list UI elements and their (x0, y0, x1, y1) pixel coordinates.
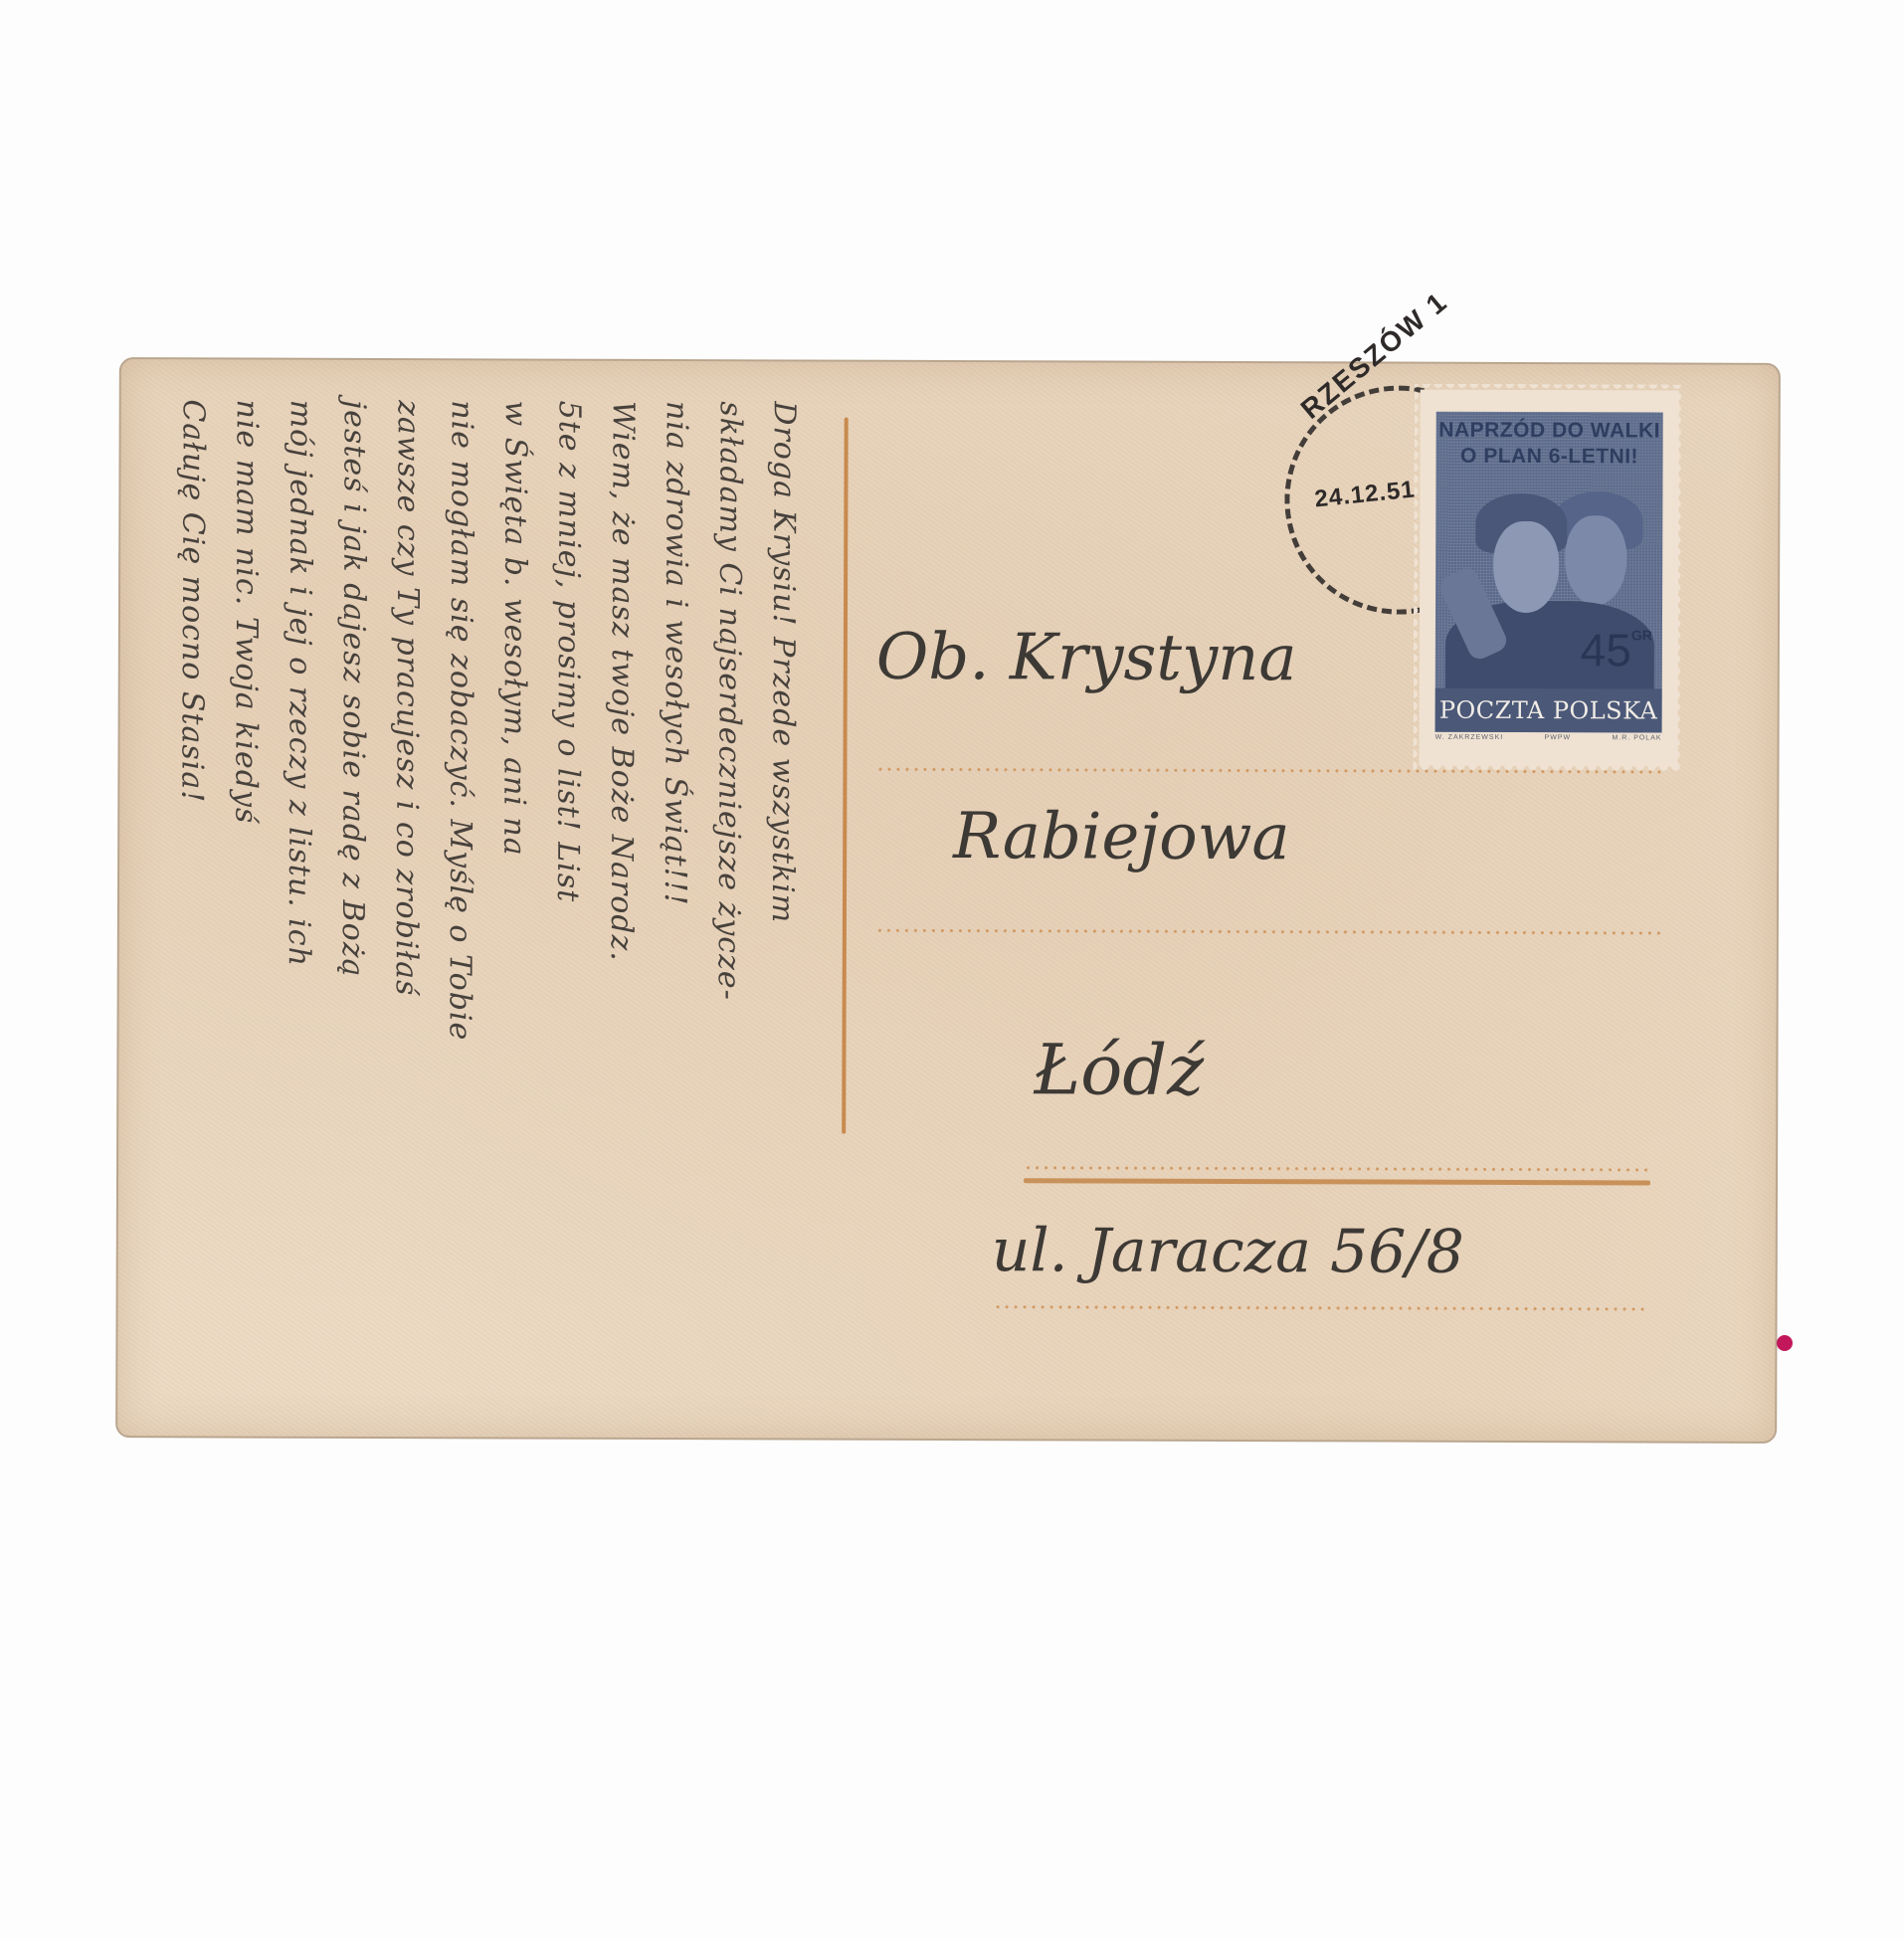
stamp-engraver: M.R. POLAK (1612, 734, 1661, 741)
stamp-printer: PWPW (1545, 734, 1572, 741)
stamp-currency: GR (1631, 627, 1652, 643)
handwritten-message: Droga Krysiu! Przede wszystkim składamy … (147, 399, 827, 1396)
postage-stamp: NAPRZÓD DO WALKI O PLAN 6-LETNI! 45GR PO… (1413, 384, 1684, 773)
address-rule (1024, 1166, 1650, 1171)
message-line: nie mogłam się zobaczyć. Myślę o Tobie (432, 400, 486, 1345)
stamp-country: POCZTA POLSKA (1435, 688, 1662, 733)
recipient-city: Łódź (1034, 1029, 1204, 1111)
postcard: Droga Krysiu! Przede wszystkim składamy … (115, 357, 1781, 1444)
message-line: Droga Krysiu! Przede wszystkim (754, 401, 809, 1346)
stamp-value: 45GR (1581, 623, 1652, 677)
worker-portrait-icon (1565, 515, 1626, 605)
message-line: nie mam nic. Twoja kiedyś (217, 399, 272, 1344)
recipient-street: ul. Jaracza 56/8 (992, 1216, 1464, 1287)
address-rule-solid (1024, 1178, 1650, 1185)
divider-rule (842, 418, 849, 1134)
stamp-value-number: 45 (1581, 624, 1631, 676)
message-line: mój jednak i jej o rzeczy z listu. ich (271, 400, 325, 1345)
stamp-credits: W. ZAKRZEWSKI PWPW M.R. POLAK (1435, 734, 1662, 742)
ink-spot (1777, 1335, 1793, 1351)
message-line: w Święta b. wesołym, ani na (485, 400, 540, 1345)
address-rule (994, 1305, 1650, 1310)
message-line: 5te z mniej, prosimy o list! List (539, 401, 594, 1346)
worker-portrait-icon (1493, 521, 1559, 613)
recipient-name: Ob. Krystyna (876, 621, 1297, 695)
stamp-designer: W. ZAKRZEWSKI (1435, 734, 1504, 741)
stamp-artwork: NAPRZÓD DO WALKI O PLAN 6-LETNI! 45GR PO… (1435, 412, 1663, 733)
message-line: Całuję Cię mocno Stasia! (163, 399, 218, 1344)
message-line: Wiem, że masz twoje Boże Narodz. (593, 401, 648, 1346)
message-line: zawsze czy Ty pracujesz i co zrobiłaś (378, 400, 433, 1345)
message-line: nia zdrowia i wesołych Świąt!!! (647, 401, 701, 1346)
stamp-slogan-line2: O PLAN 6-LETNI! (1436, 444, 1663, 471)
message-line: składamy Ci najserdeczniejsze życze- (700, 401, 755, 1346)
message-line: jesteś i jak dajesz sobie radę z Bożą (324, 400, 379, 1345)
stamp-slogan: NAPRZÓD DO WALKI O PLAN 6-LETNI! (1436, 418, 1663, 471)
recipient-surname: Rabiejowa (953, 800, 1290, 874)
address-rule (875, 929, 1661, 935)
stamp-slogan-line1: NAPRZÓD DO WALKI (1436, 418, 1663, 445)
